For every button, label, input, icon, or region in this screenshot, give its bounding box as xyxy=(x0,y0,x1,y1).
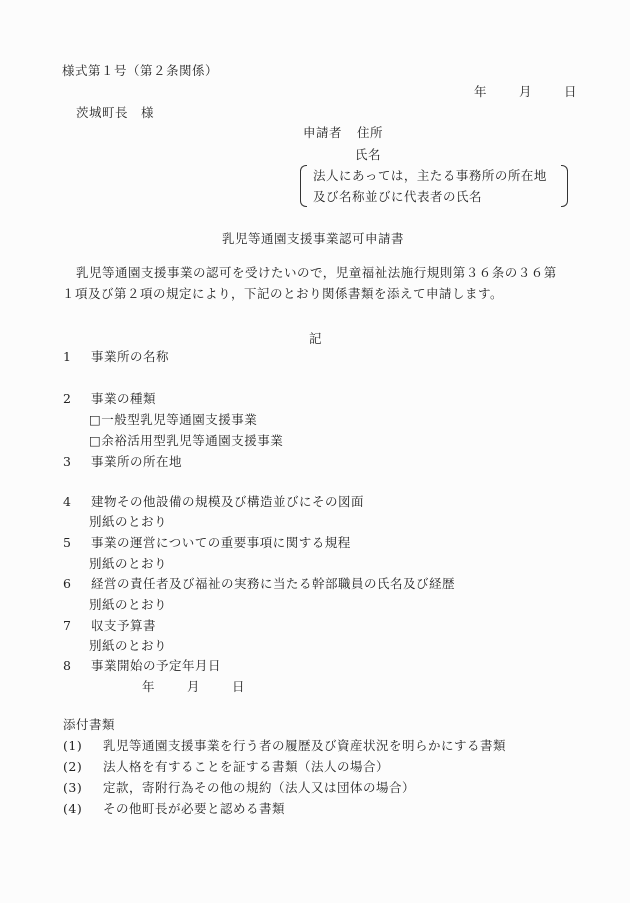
start-date-day: 日 xyxy=(232,679,245,694)
body-line1: 乳児等通園支援事業の認可を受けたいので，児童福祉法施行規則第３６条の３６第 xyxy=(76,265,557,281)
attachment-4: (4)その他町長が必要と認める書類 xyxy=(63,801,285,817)
item-number: 5 xyxy=(63,535,91,551)
applicant-label: 申請者 xyxy=(303,125,342,140)
addressee: 茨城町長 様 xyxy=(76,105,154,121)
item-number: 7 xyxy=(63,618,91,634)
item-label: 建物その他設備の規模及び構造並びにその図面 xyxy=(91,494,364,509)
item-label: 事業所の所在地 xyxy=(91,454,182,469)
corporate-note-line1: 法人にあっては，主たる事務所の所在地 xyxy=(313,168,547,184)
item-7: 7収支予算書 xyxy=(63,618,156,634)
option-surplus-type[interactable]: □余裕活用型乳児等通園支援事業 xyxy=(89,433,283,449)
date-month-label: 月 xyxy=(519,84,532,99)
left-bracket xyxy=(300,165,307,207)
item-8: 8事業開始の予定年月日 xyxy=(63,658,221,674)
item-4: 4建物その他設備の規模及び構造並びにその図面 xyxy=(63,494,364,510)
item-5: 5事業の運営についての重要事項に関する規程 xyxy=(63,535,351,551)
date-day-label: 日 xyxy=(564,84,577,99)
item-6: 6経営の責任者及び福祉の実務に当たる幹部職員の氏名及び経歴 xyxy=(63,576,455,592)
attachments-heading: 添付書類 xyxy=(63,717,115,733)
ki-heading: 記 xyxy=(309,331,322,347)
attachment-label: その他町長が必要と認める書類 xyxy=(103,801,285,816)
attachment-2: (2)法人格を有することを証する書類（法人の場合） xyxy=(63,759,389,775)
item-label: 事業の運営についての重要事項に関する規程 xyxy=(91,535,351,550)
attachment-label: 定款，寄附行為その他の規約（法人又は団体の場合） xyxy=(103,780,415,795)
item-number: 4 xyxy=(63,494,91,510)
address-label: 住所 xyxy=(357,125,383,140)
item-2: 2事業の種類 xyxy=(63,391,156,407)
item-label: 事業開始の予定年月日 xyxy=(91,658,221,673)
item-5-sub: 別紙のとおり xyxy=(89,556,167,572)
item-1: 1事業所の名称 xyxy=(63,349,169,365)
item-4-sub: 別紙のとおり xyxy=(89,514,167,530)
item-number: 3 xyxy=(63,454,91,470)
item-label: 経営の責任者及び福祉の実務に当たる幹部職員の氏名及び経歴 xyxy=(91,576,455,591)
item-label: 事業所の名称 xyxy=(91,349,169,364)
attachment-3: (3)定款，寄附行為その他の規約（法人又は団体の場合） xyxy=(63,780,415,796)
item-6-sub: 別紙のとおり xyxy=(89,597,167,613)
body-line2: １項及び第２項の規定により，下記のとおり関係書類を添えて申請します。 xyxy=(62,286,503,302)
date-year-label: 年 xyxy=(474,84,487,99)
document-title: 乳児等通園支援事業認可申請書 xyxy=(222,231,404,247)
item-3: 3事業所の所在地 xyxy=(63,454,182,470)
start-date-year: 年 xyxy=(142,679,155,694)
attachment-number: (1) xyxy=(63,738,103,754)
item-label: 事業の種類 xyxy=(91,391,156,406)
attachment-number: (3) xyxy=(63,780,103,796)
item-number: 8 xyxy=(63,658,91,674)
option-general-type[interactable]: □一般型乳児等通園支援事業 xyxy=(89,412,257,428)
date-header: 年月日 xyxy=(474,84,577,100)
corporate-note-line2: 及び名称並びに代表者の氏名 xyxy=(313,189,482,205)
item-label: 収支予算書 xyxy=(91,618,156,633)
start-date-month: 月 xyxy=(187,679,200,694)
form-label: 様式第１号（第２条関係） xyxy=(62,63,218,79)
start-date: 年月日 xyxy=(142,679,245,695)
attachment-label: 乳児等通園支援事業を行う者の履歴及び資産状況を明らかにする書類 xyxy=(103,738,506,753)
item-7-sub: 別紙のとおり xyxy=(89,638,167,654)
attachment-number: (4) xyxy=(63,801,103,817)
name-label: 氏名 xyxy=(355,147,381,163)
right-bracket xyxy=(561,165,568,207)
item-number: 2 xyxy=(63,391,91,407)
attachment-number: (2) xyxy=(63,759,103,775)
attachment-label: 法人格を有することを証する書類（法人の場合） xyxy=(103,759,389,774)
attachment-1: (1)乳児等通園支援事業を行う者の履歴及び資産状況を明らかにする書類 xyxy=(63,738,506,754)
item-number: 1 xyxy=(63,349,91,365)
item-number: 6 xyxy=(63,576,91,592)
applicant-row: 申請者住所 xyxy=(303,125,383,141)
